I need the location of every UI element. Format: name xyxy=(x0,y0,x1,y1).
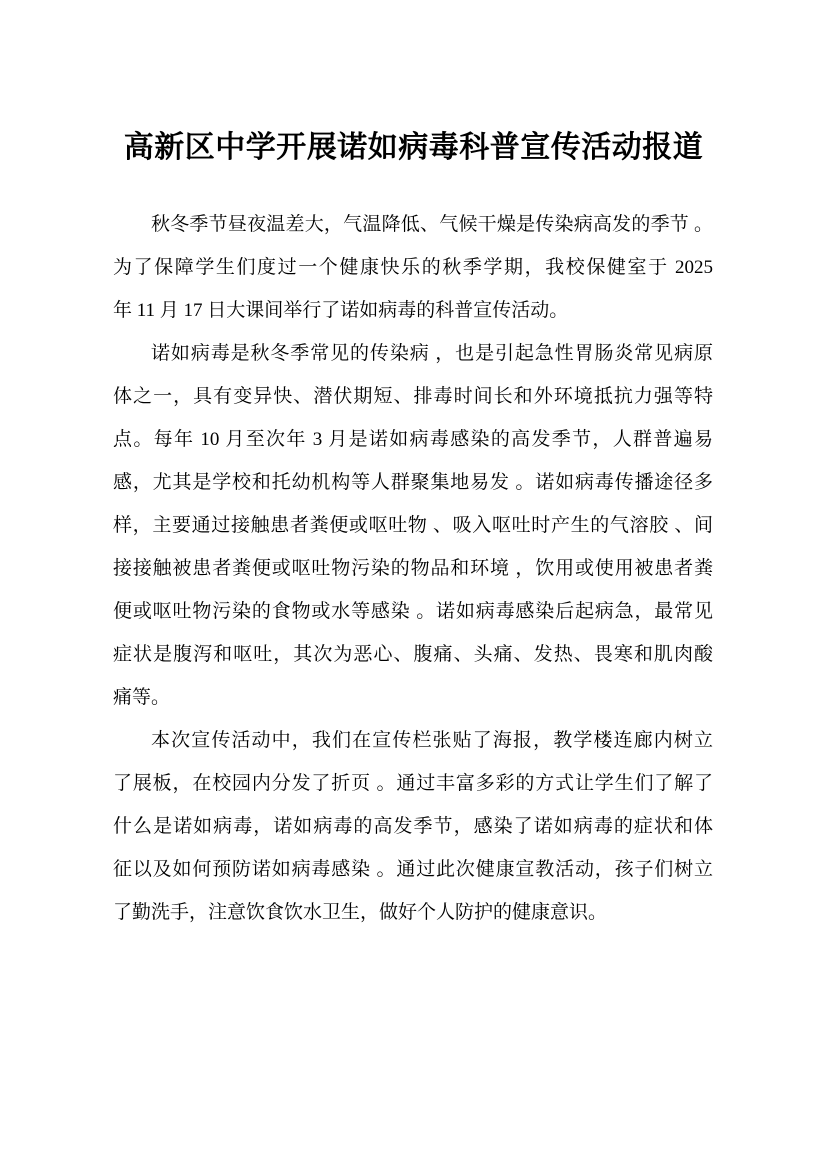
document-body: 秋冬季节昼夜温差大，气温降低、气候干燥是传染病高发的季节 。为了保障学生们度过一… xyxy=(113,203,713,934)
text-line: 征以及如何预防诺如病毒感染 。通过此次健康宣教活动，孩子们树立 xyxy=(113,848,713,891)
paragraph: 诺如病毒是秋冬季常见的传染病 ，也是引起急性胃肠炎常见病原体之一，具有变异快、潜… xyxy=(113,332,713,719)
text-line: 接接触被患者粪便或呕吐物污染的物品和环境 ，饮用或使用被患者粪 xyxy=(113,547,713,590)
text-line: 体之一，具有变异快、潜伏期短、排毒时间长和外环境抵抗力强等特 xyxy=(113,375,713,418)
text-line: 什么是诺如病毒，诺如病毒的高发季节，感染了诺如病毒的症状和体 xyxy=(113,805,713,848)
text-line: 症状是腹泻和呕吐，其次为恶心、腹痛、头痛、发热、畏寒和肌肉酸 xyxy=(113,633,713,676)
text-line: 便或呕吐物污染的食物或水等感染 。诺如病毒感染后起病急，最常见 xyxy=(113,590,713,633)
text-line: 了勤洗手，注意饮食饮水卫生，做好个人防护的健康意识。 xyxy=(113,891,713,934)
text-line: 诺如病毒是秋冬季常见的传染病 ，也是引起急性胃肠炎常见病原 xyxy=(113,332,713,375)
document-page: 高新区中学开展诺如病毒科普宣传活动报道 秋冬季节昼夜温差大，气温降低、气候干燥是… xyxy=(0,0,827,1170)
text-line: 秋冬季节昼夜温差大，气温降低、气候干燥是传染病高发的季节 。 xyxy=(113,203,713,246)
text-line: 年 11 月 17 日大课间举行了诺如病毒的科普宣传活动。 xyxy=(113,289,713,332)
text-line: 本次宣传活动中，我们在宣传栏张贴了海报，教学楼连廊内树立 xyxy=(113,719,713,762)
text-line: 了展板，在校园内分发了折页 。通过丰富多彩的方式让学生们了解了 xyxy=(113,762,713,805)
text-line: 为了保障学生们度过一个健康快乐的秋季学期，我校保健室于 2025 xyxy=(113,246,713,289)
paragraph: 秋冬季节昼夜温差大，气温降低、气候干燥是传染病高发的季节 。为了保障学生们度过一… xyxy=(113,203,713,332)
text-line: 点。每年 10 月至次年 3 月是诺如病毒感染的高发季节，人群普遍易 xyxy=(113,418,713,461)
paragraph: 本次宣传活动中，我们在宣传栏张贴了海报，教学楼连廊内树立了展板，在校园内分发了折… xyxy=(113,719,713,934)
text-line: 样，主要通过接触患者粪便或呕吐物 、吸入呕吐时产生的气溶胶 、间 xyxy=(113,504,713,547)
text-line: 痛等。 xyxy=(113,676,713,719)
document-title: 高新区中学开展诺如病毒科普宣传活动报道 xyxy=(0,126,827,170)
text-line: 感，尤其是学校和托幼机构等人群聚集地易发 。诺如病毒传播途径多 xyxy=(113,461,713,504)
